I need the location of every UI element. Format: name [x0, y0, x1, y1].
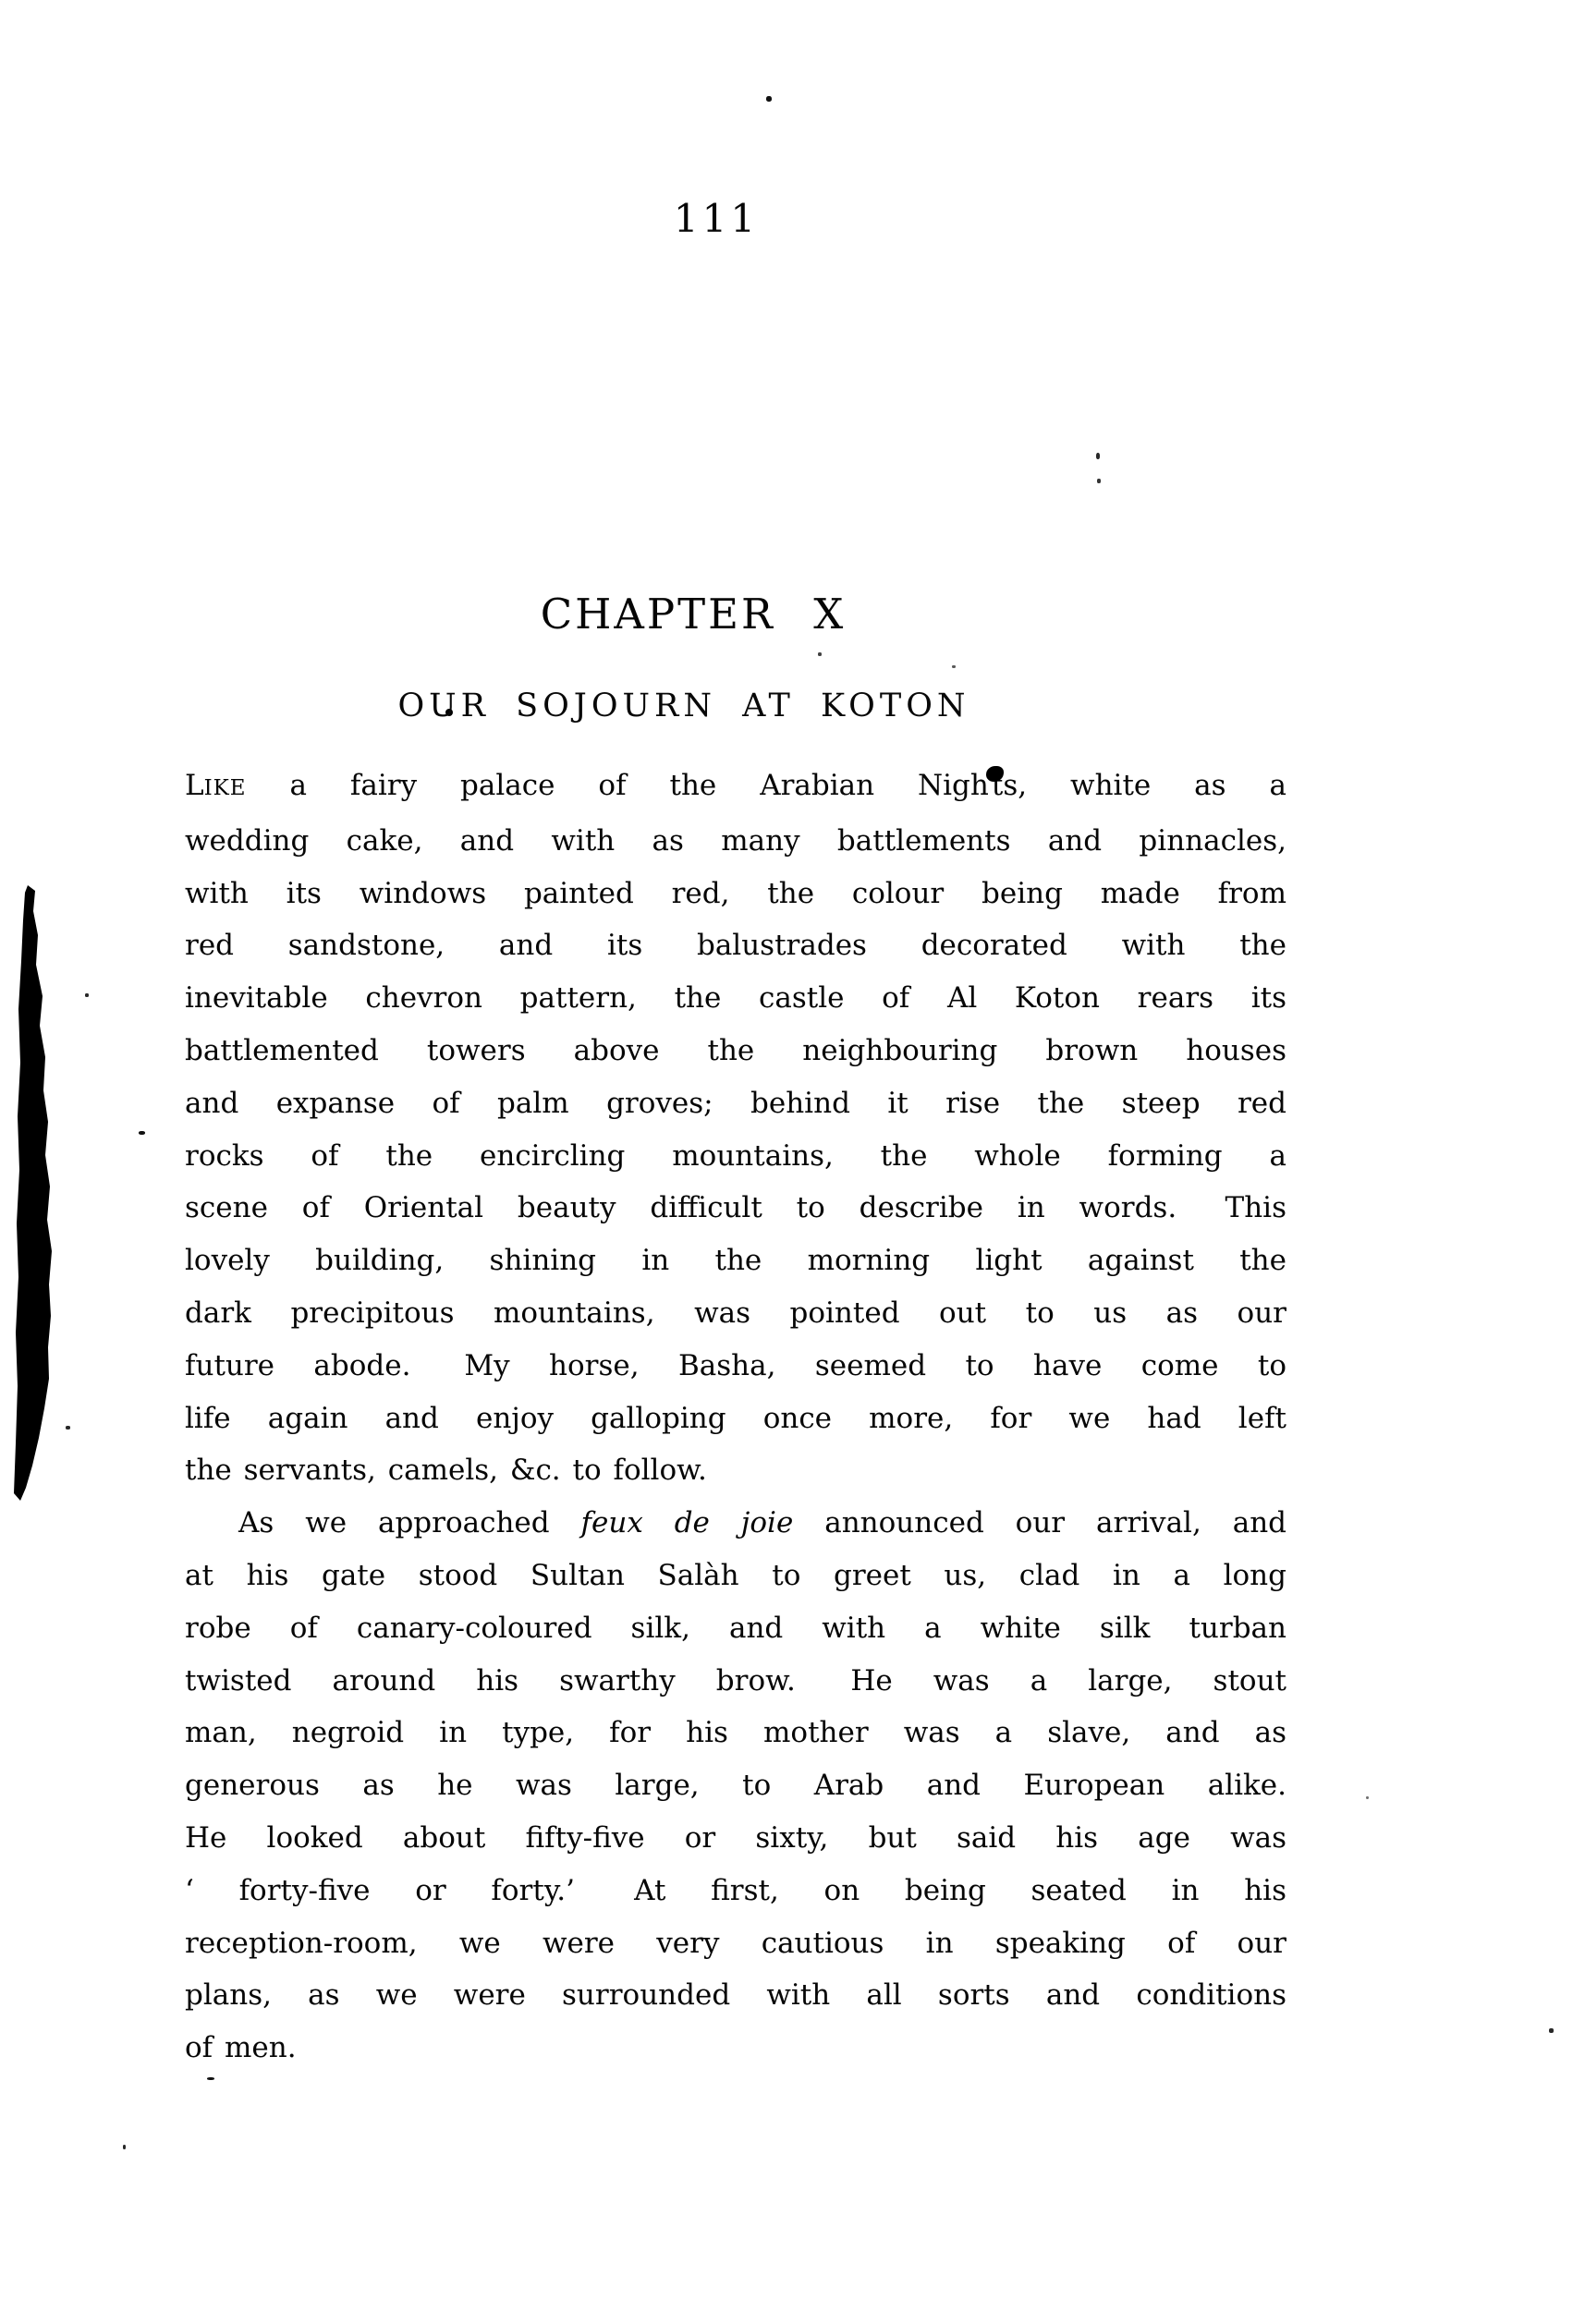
chapter-subtitle: OUR SOJOURN AT KOTON — [176, 687, 1192, 724]
text-line: at his gate stood Sultan Salàh to greet … — [185, 1550, 1286, 1602]
small-caps-text: IKE — [204, 776, 247, 800]
text-line: red sandstone, and its balustrades decor… — [185, 919, 1286, 972]
text-line: twisted around his swarthy brow. He was … — [185, 1655, 1286, 1708]
text-line: LIKE a fairy palace of the Arabian Night… — [185, 760, 1286, 815]
body-text: LIKE a fairy palace of the Arabian Night… — [185, 760, 1286, 2075]
scan-speck — [1097, 479, 1101, 483]
text-line: robe of canary-coloured silk, and with a… — [185, 1602, 1286, 1655]
text-line: future abode. My horse, Basha, seemed to… — [185, 1340, 1286, 1393]
scan-speck — [1549, 2028, 1554, 2033]
text-line: life again and enjoy galloping once more… — [185, 1393, 1286, 1445]
text-line: reception-room, we were very cautious in… — [185, 1917, 1286, 1970]
text-line: with its windows painted red, the colour… — [185, 868, 1286, 920]
scan-speck — [123, 2145, 126, 2149]
text-line: ‘ forty-five or forty.’ At first, on bei… — [185, 1865, 1286, 1917]
ink-blot-artifact — [986, 766, 1004, 782]
scan-speck — [207, 2077, 214, 2080]
book-page: 111 CHAPTER X OUR SOJOURN AT KOTON LIKE … — [0, 0, 1573, 2324]
text-line: of men. — [185, 2022, 1286, 2075]
scan-speck — [66, 1426, 70, 1430]
text-line: plans, as we were surrounded with all so… — [185, 1969, 1286, 2022]
text-line: He looked about fifty-five or sixty, but… — [185, 1812, 1286, 1865]
italic-phrase: feux de joie — [581, 1506, 794, 1539]
text-line: inevitable chevron pattern, the castle o… — [185, 972, 1286, 1025]
text-line: rocks of the encircling mountains, the w… — [185, 1130, 1286, 1183]
scan-speck — [818, 652, 822, 656]
scan-speck — [952, 665, 956, 668]
chapter-heading: CHAPTER X — [185, 590, 1201, 639]
text-line: generous as he was large, to Arab and Eu… — [185, 1759, 1286, 1812]
text-line: battlemented towers above the neighbouri… — [185, 1025, 1286, 1077]
scan-speck — [1096, 453, 1100, 459]
text-line: dark precipitous mountains, was pointed … — [185, 1287, 1286, 1340]
page-number: 111 — [642, 196, 790, 241]
text-line: the servants, camels, &c. to follow. — [185, 1444, 1286, 1497]
scan-speck — [766, 96, 772, 102]
scan-speck — [85, 993, 89, 997]
text-line: As we approached feux de joie announced … — [185, 1497, 1286, 1550]
text-line: man, negroid in type, for his mother was… — [185, 1707, 1286, 1759]
text-line: scene of Oriental beauty difficult to de… — [185, 1182, 1286, 1235]
scan-speck — [139, 1131, 145, 1135]
scan-speck — [1366, 1796, 1369, 1799]
text-line: wedding cake, and with as many battlemen… — [185, 815, 1286, 868]
binding-smear-artifact — [7, 880, 63, 1517]
text-line: lovely building, shining in the morning … — [185, 1235, 1286, 1287]
text-line: and expanse of palm groves; behind it ri… — [185, 1077, 1286, 1130]
